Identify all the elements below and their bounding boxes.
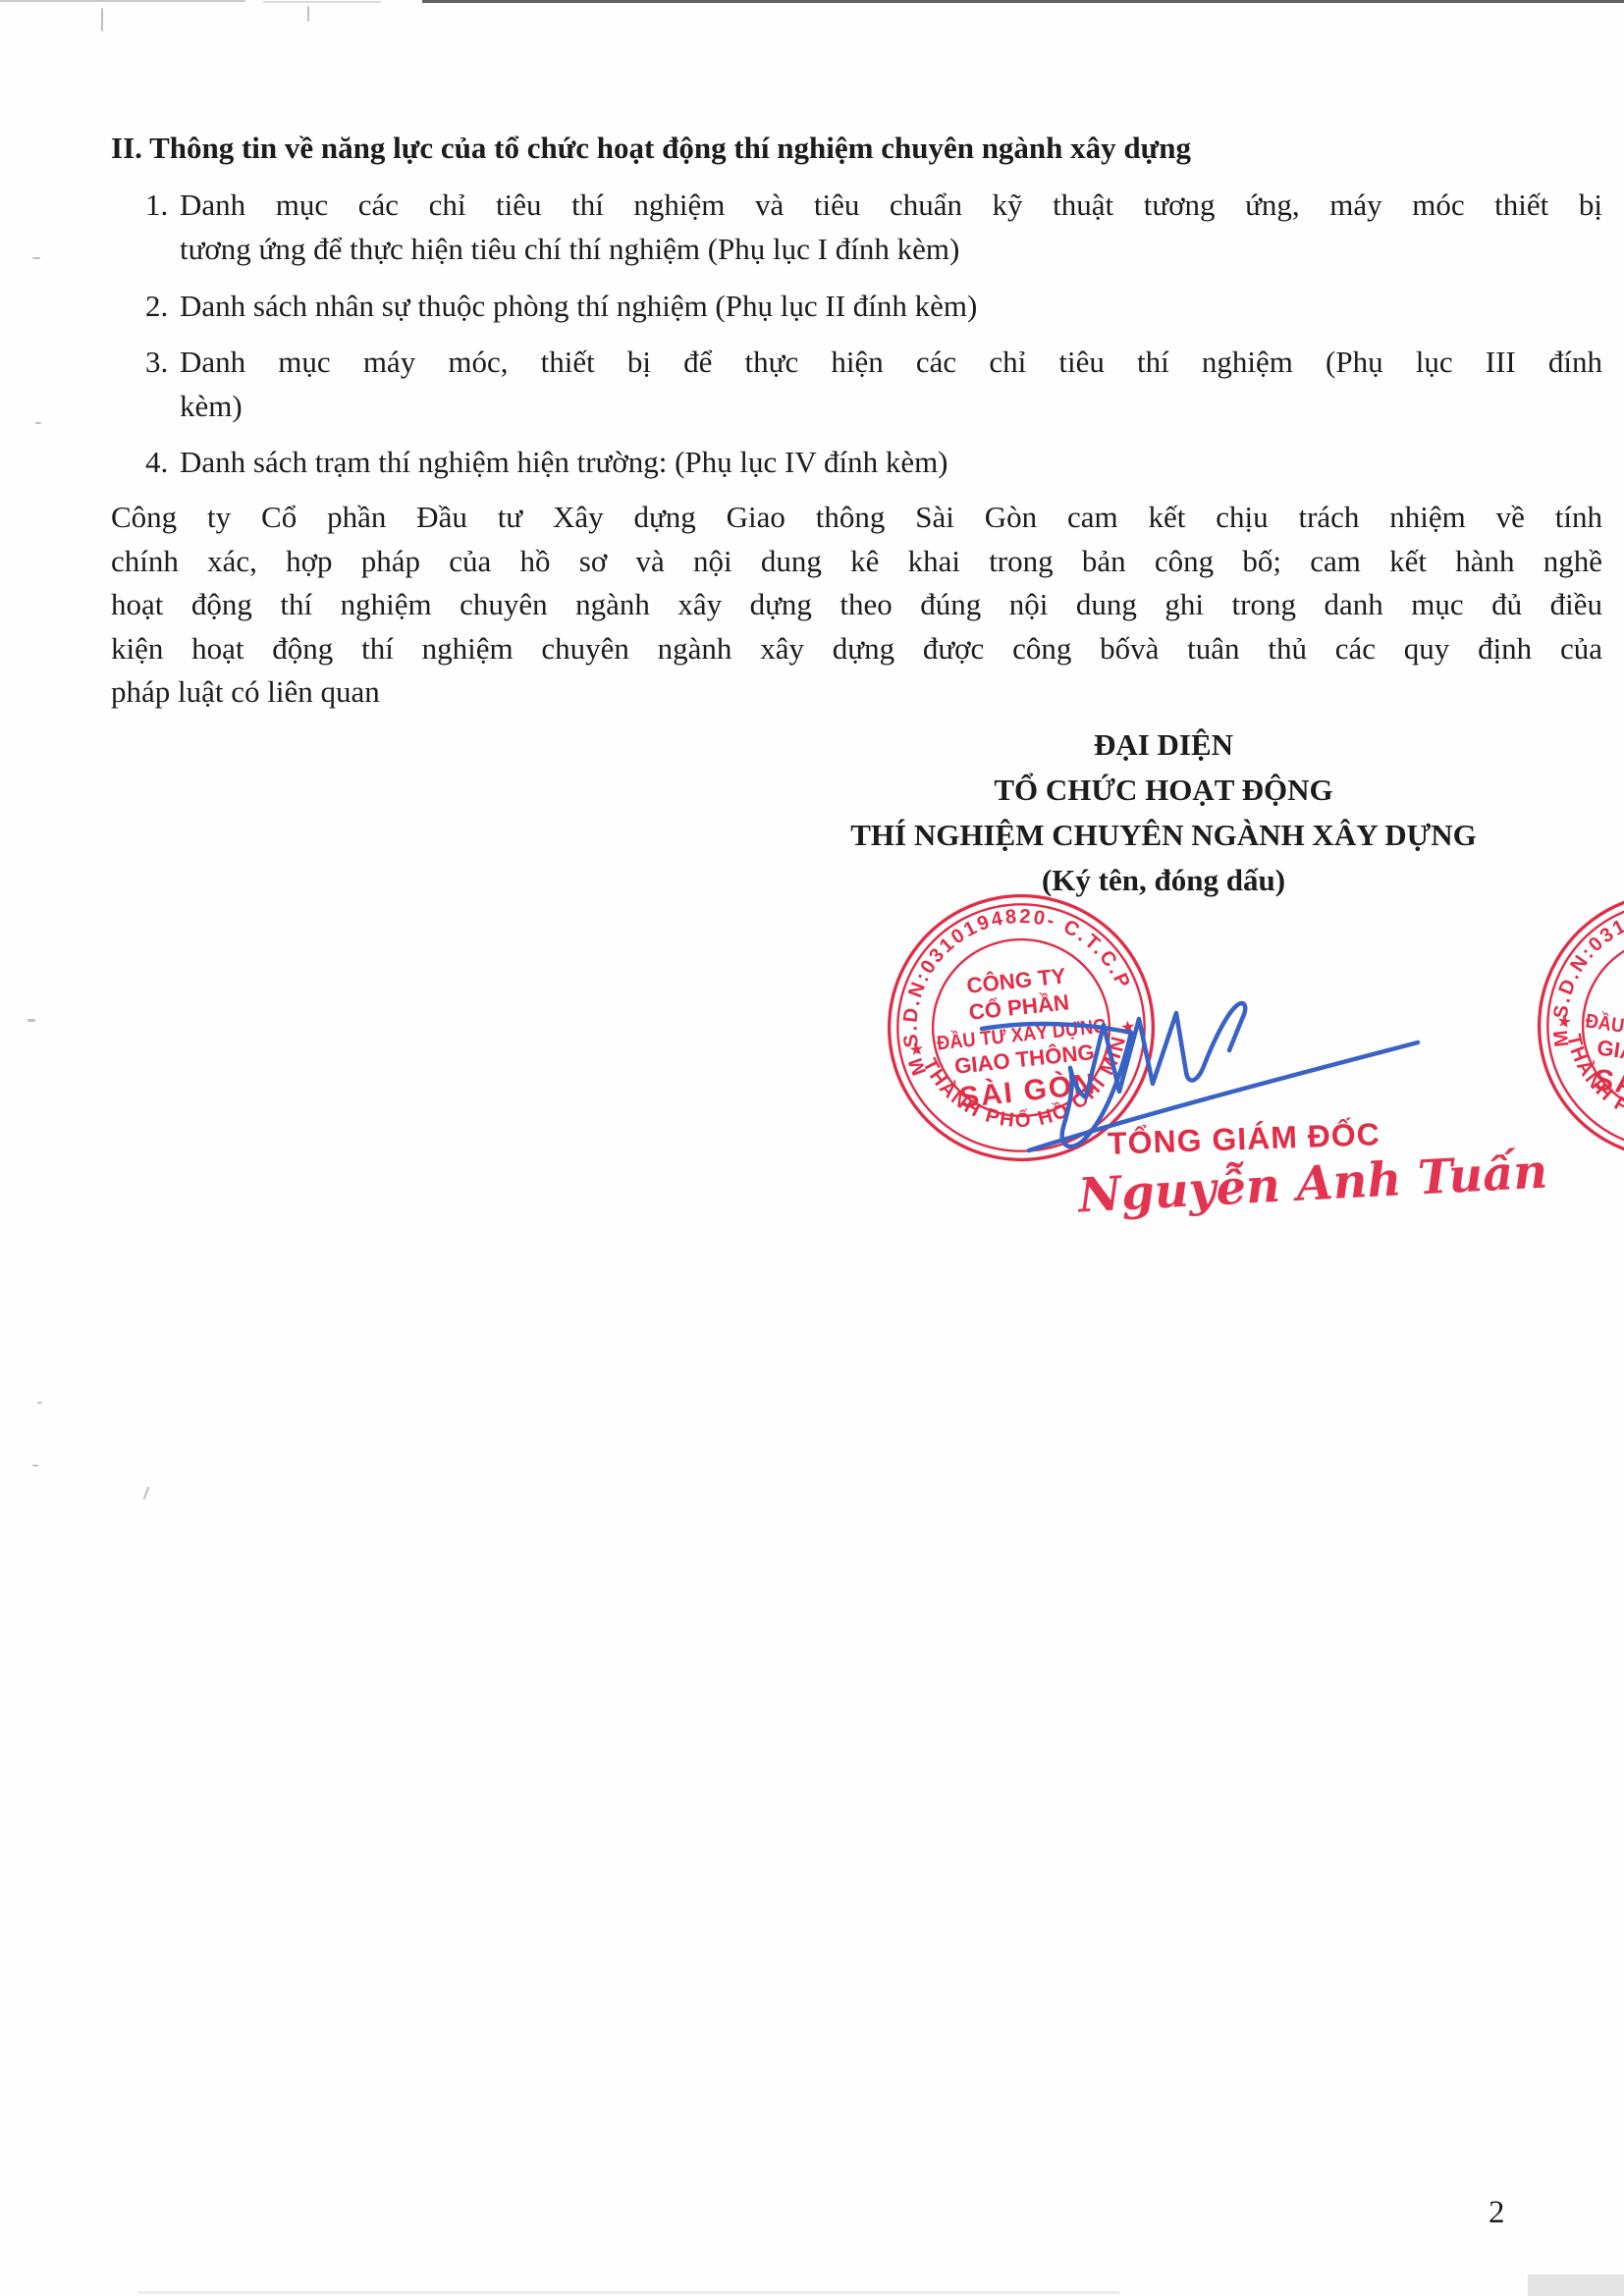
list-item-text: Danh sách nhân sự thuộc phòng thí nghiệm… (180, 284, 1602, 328)
seal-star-left-icon: ★ (1555, 1010, 1573, 1032)
sign-instruction: (Ký tên, đóng dấu) (722, 858, 1605, 903)
list-item-text: Danh mục máy móc, thiết bị để thực hiện … (180, 340, 1602, 384)
list-item-text: Danh sách trạm thí nghiệm hiện trường: (… (180, 440, 1602, 484)
list-item-text: kèm) (180, 384, 1602, 428)
paragraph-line: hoạt động thí nghiệm chuyên ngành xây dự… (111, 583, 1602, 627)
scan-speck (307, 6, 309, 22)
paragraph-line: Công ty Cổ phần Đầu tư Xây dựng Giao thô… (111, 496, 1602, 540)
scan-speck (37, 1402, 42, 1404)
scan-artifact-bottom (137, 2291, 1119, 2294)
scan-speck (27, 1019, 35, 1022)
page-number: 2 (1489, 2195, 1505, 2231)
signature-header: ĐẠI DIỆN TỔ CHỨC HOẠT ĐỘNG THÍ NGHIỆM CH… (722, 722, 1605, 903)
list-item-text: Danh mục các chỉ tiêu thí nghiệm và tiêu… (180, 183, 1602, 227)
list-item-2: 2. Danh sách nhân sự thuộc phòng thí ngh… (145, 284, 1602, 328)
signature-stroke (1070, 1003, 1245, 1097)
scanned-document-page: II. Thông tin về năng lực của tổ chức ho… (0, 0, 1624, 2296)
paragraph-line: kiện hoạt động thí nghiệm chuyên ngành x… (111, 627, 1602, 671)
scan-speck (35, 422, 41, 424)
paragraph-line: pháp luật có liên quan (111, 670, 1602, 715)
representative-label: ĐẠI DIỆN (722, 722, 1605, 768)
list-item-number: 4. (145, 440, 168, 484)
scan-speck (32, 1465, 38, 1467)
section-heading: II. Thông tin về năng lực của tổ chức ho… (111, 126, 1602, 170)
list-item-4: 4. Danh sách trạm thí nghiệm hiện trường… (145, 440, 1602, 484)
seal-star-left-icon: ★ (908, 1039, 926, 1060)
list-item-text: tương ứng để thực hiện tiêu chí thí nghi… (180, 227, 1602, 271)
list-item-3: 3. Danh mục máy móc, thiết bị để thực hi… (145, 340, 1602, 428)
company-seal-partial: M.S.D.N:0310194820- C.T.C.P THÀNH PHỐ HỒ… (1510, 865, 1624, 1187)
scan-speck (101, 8, 103, 31)
organization-label: TỔ CHỨC HOẠT ĐỘNG (722, 768, 1605, 813)
scan-artifact-topline (422, 0, 1624, 3)
organization-label-2: THÍ NGHIỆM CHUYÊN NGÀNH XÂY DỰNG (722, 813, 1605, 858)
list-item-1: 1. Danh mục các chỉ tiêu thí nghiệm và t… (145, 183, 1602, 271)
paragraph-line: chính xác, hợp pháp của hồ sơ và nội dun… (111, 540, 1602, 584)
signature-stroke (982, 1024, 1131, 1033)
list-item-number: 2. (145, 284, 168, 328)
list-item-number: 3. (145, 340, 168, 384)
scan-speck (142, 1486, 149, 1500)
list-item-number: 1. (145, 183, 168, 227)
scan-artifact-topline (263, 1, 381, 3)
scan-speck (32, 257, 40, 259)
commitment-paragraph: Công ty Cổ phần Đầu tư Xây dựng Giao thô… (111, 496, 1602, 715)
scan-artifact-bottom (1528, 2274, 1624, 2296)
scan-artifact-topline (0, 0, 245, 2)
